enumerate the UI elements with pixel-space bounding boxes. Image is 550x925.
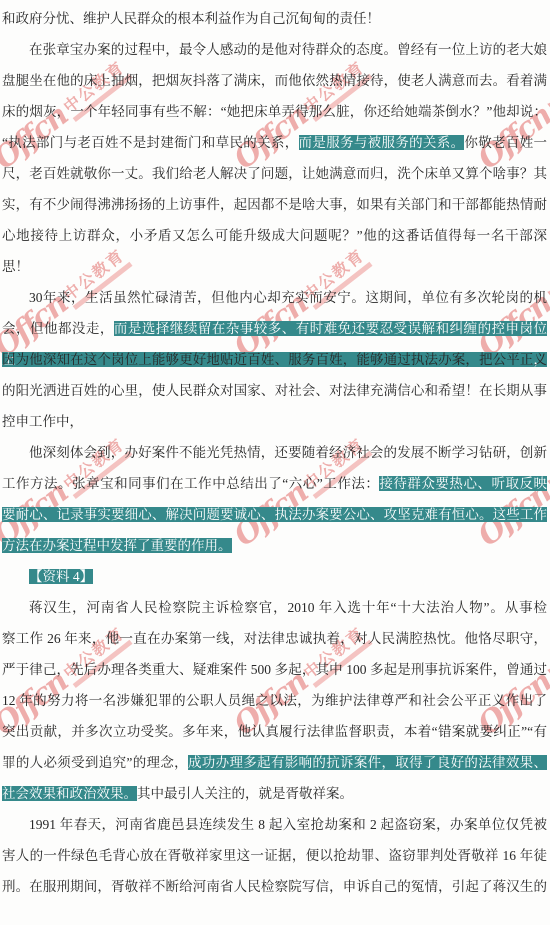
text-line: 工作方法。张章宝和同事们在工作中总结出了“六心”工作法：接待群众要热心、听取反映	[2, 468, 547, 499]
text-line: 尺，老百姓就敬你一丈。我们给老人解决了问题，让她满意而归，洗个床单又算个啥事？其	[2, 158, 547, 189]
text-line: 方法在办案过程中发挥了重要的作用。	[2, 530, 547, 561]
text-segment: 因为他深知在这个岗位上能够更好地贴近百姓、服务百姓，能够通过执法办案，把公平正义	[2, 352, 547, 367]
document-page: Offcn中公教育Offcn中公教育Offcn中公教育Offcn中公教育Offc…	[0, 0, 550, 925]
text-line: 会，但他都没走，而是选择继续留在杂事较多、有时难免还要忍受误解和纠缠的控申岗位上…	[2, 313, 547, 344]
text-segment: 思！	[2, 259, 29, 274]
text-segment: 工作方法。张章宝和同事们在工作中总结出了“六心”工作法：	[2, 476, 379, 491]
text-segment: 实，有不少闹得沸沸扬扬的上访事件，起因都不是啥大事，如果有关部门和干部都能热情耐	[2, 197, 547, 212]
text-segment: “执法部门与老百姓不是封建衙门和草民的关系，	[2, 135, 299, 150]
text-segment: 心地接待上访群众，小矛盾又怎么可能升级成大问题呢？”他的这番话值得每一名干部深	[2, 228, 547, 243]
text-line: 1991 年春天，河南省鹿邑县连续发生 8 起入室抢劫案和 2 起盗窃案，办案单…	[2, 809, 547, 840]
text-line: 蒋汉生，河南省人民检察院主诉检察官，2010 年入选十年“十大法治人物”。从事检	[2, 592, 547, 623]
text-segment: 会，但他都没走，	[2, 321, 114, 336]
highlighted-text: 接待群众要热心、听取反映	[379, 476, 547, 491]
text-line: 心地接待上访群众，小矛盾又怎么可能升级成大问题呢？”他的这番话值得每一名干部深	[2, 220, 547, 251]
text-segment: 和政府分忧、维护人民群众的根本利益作为自己沉甸甸的责任！	[2, 11, 380, 26]
text-line: “执法部门与老百姓不是封建衙门和草民的关系，而是服务与被服务的关系。你敬老百姓一	[2, 127, 547, 158]
text-line: 控申工作中，	[2, 406, 547, 437]
highlighted-text: 成功办理多起有影响的抗诉案件，取得了良好的法律效果、	[188, 755, 547, 770]
text-line: 思！	[2, 251, 547, 282]
text-line: 床的烟灰，一个年轻同事有些不解：“她把床单弄得那么脏，你还给她端茶倒水？”他却说…	[2, 96, 547, 127]
text-line: 因为他深知在这个岗位上能够更好地贴近百姓、服务百姓，能够通过执法办案，把公平正义	[2, 344, 547, 375]
text-segment: 你敬老百姓一	[464, 135, 547, 150]
text-segment: 他深刻体会到，办好案件不能光凭热情，还要随着经济社会的发展不断学习钻研，创新	[29, 445, 547, 460]
text-segment: 控申工作中，	[2, 414, 83, 429]
text-line: 在张章宝办案的过程中，最令人感动的是他对待群众的态度。曾经有一位上访的老大娘	[2, 34, 547, 65]
text-segment: 蒋汉生，河南省人民检察院主诉检察官，2010 年入选十年“十大法治人物”。从事检	[29, 600, 547, 615]
highlighted-text: 社会效果和政治效果。	[2, 786, 137, 801]
text-segment: 在张章宝办案的过程中，最令人感动的是他对待群众的态度。曾经有一位上访的老大娘	[29, 42, 547, 57]
text-segment: 尺，老百姓就敬你一丈。我们给老人解决了问题，让她满意而归，洗个床单又算个啥事？其	[2, 166, 547, 181]
highlighted-text: 要耐心、记录事实要细心、解决问题要诚心、执法办案要公心、攻坚克难有恒心。这些工作	[2, 507, 547, 522]
text-line: 社会效果和政治效果。其中最引人关注的，就是胥敬祥案。	[2, 778, 547, 809]
document-body: 和政府分忧、维护人民群众的根本利益作为自己沉甸甸的责任！在张章宝办案的过程中，最…	[0, 0, 550, 902]
text-segment: 害人的一件绿色毛背心放在胥敬祥家里这一证据，便以抢劫罪、盗窃罪判处胥敬祥 16 …	[2, 848, 547, 863]
text-segment: 1991 年春天，河南省鹿邑县连续发生 8 起入室抢劫案和 2 起盗窃案，办案单…	[29, 817, 547, 832]
text-segment: 察工作 26 年来，他一直在办案第一线，对法律忠诚执着，对人民满腔热忱。他恪尽职…	[2, 631, 547, 646]
text-line: 要耐心、记录事实要细心、解决问题要诚心、执法办案要公心、攻坚克难有恒心。这些工作	[2, 499, 547, 530]
text-segment: 12 年的努力将一名涉嫌犯罪的公职人员绳之以法，为维护法律尊严和社会公平正义作出…	[2, 693, 547, 708]
text-segment: 严于律己，先后办理各类重大、疑难案件 500 多起，其中 100 多起是刑事抗诉…	[2, 662, 547, 677]
text-line: 和政府分忧、维护人民群众的根本利益作为自己沉甸甸的责任！	[2, 3, 547, 34]
text-segment: 罪的人必须受到追究”的理念，	[2, 755, 188, 770]
text-line: 害人的一件绿色毛背心放在胥敬祥家里这一证据，便以抢劫罪、盗窃罪判处胥敬祥 16 …	[2, 840, 547, 871]
text-line: 【资料 4】	[2, 561, 547, 592]
text-line: 察工作 26 年来，他一直在办案第一线，对法律忠诚执着，对人民满腔热忱。他恪尽职…	[2, 623, 547, 654]
text-line: 刑。在服刑期间，胥敬祥不断给河南省人民检察院写信，申诉自己的冤情，引起了蒋汉生的	[2, 871, 547, 902]
highlighted-text: 方法在办案过程中发挥了重要的作用。	[2, 538, 232, 553]
text-line: 突出贡献，并多次立功受奖。多年来，他认真履行法律监督职责，本着“错案就要纠正”“…	[2, 716, 547, 747]
text-line: 盘腿坐在他的床上抽烟，把烟灰抖落了满床，而他依然热情接待，使老人满意而去。看着满	[2, 65, 547, 96]
text-segment: 突出贡献，并多次立功受奖。多年来，他认真履行法律监督职责，本着“错案就要纠正”“…	[2, 724, 547, 739]
text-segment: 床的烟灰，一个年轻同事有些不解：“她把床单弄得那么脏，你还给她端茶倒水？”他却说…	[2, 104, 547, 119]
text-segment: 刑。在服刑期间，胥敬祥不断给河南省人民检察院写信，申诉自己的冤情，引起了蒋汉生的	[2, 879, 547, 894]
highlighted-text: 而是服务与被服务的关系。	[299, 135, 465, 150]
text-line: 30年来，生活虽然忙碌清苦，但他内心却充实而安宁。这期间，单位有多次轮岗的机	[2, 282, 547, 313]
text-line: 12 年的努力将一名涉嫌犯罪的公职人员绳之以法，为维护法律尊严和社会公平正义作出…	[2, 685, 547, 716]
text-line: 他深刻体会到，办好案件不能光凭热情，还要随着经济社会的发展不断学习钻研，创新	[2, 437, 547, 468]
text-line: 罪的人必须受到追究”的理念，成功办理多起有影响的抗诉案件，取得了良好的法律效果、	[2, 747, 547, 778]
highlighted-text: 【资料 4】	[29, 569, 93, 584]
text-line: 严于律己，先后办理各类重大、疑难案件 500 多起，其中 100 多起是刑事抗诉…	[2, 654, 547, 685]
text-segment: 的阳光洒进百姓的心里，使人民群众对国家、对社会、对法律充满信心和希望！在长期从事	[2, 383, 547, 398]
text-line: 的阳光洒进百姓的心里，使人民群众对国家、对社会、对法律充满信心和希望！在长期从事	[2, 375, 547, 406]
text-line: 实，有不少闹得沸沸扬扬的上访事件，起因都不是啥大事，如果有关部门和干部都能热情耐	[2, 189, 547, 220]
text-segment: 30年来，生活虽然忙碌清苦，但他内心却充实而安宁。这期间，单位有多次轮岗的机	[29, 290, 547, 305]
text-segment: 其中最引人关注的，就是胥敬祥案。	[137, 786, 353, 801]
text-segment: 盘腿坐在他的床上抽烟，把烟灰抖落了满床，而他依然热情接待，使老人满意而去。看着满	[2, 73, 547, 88]
